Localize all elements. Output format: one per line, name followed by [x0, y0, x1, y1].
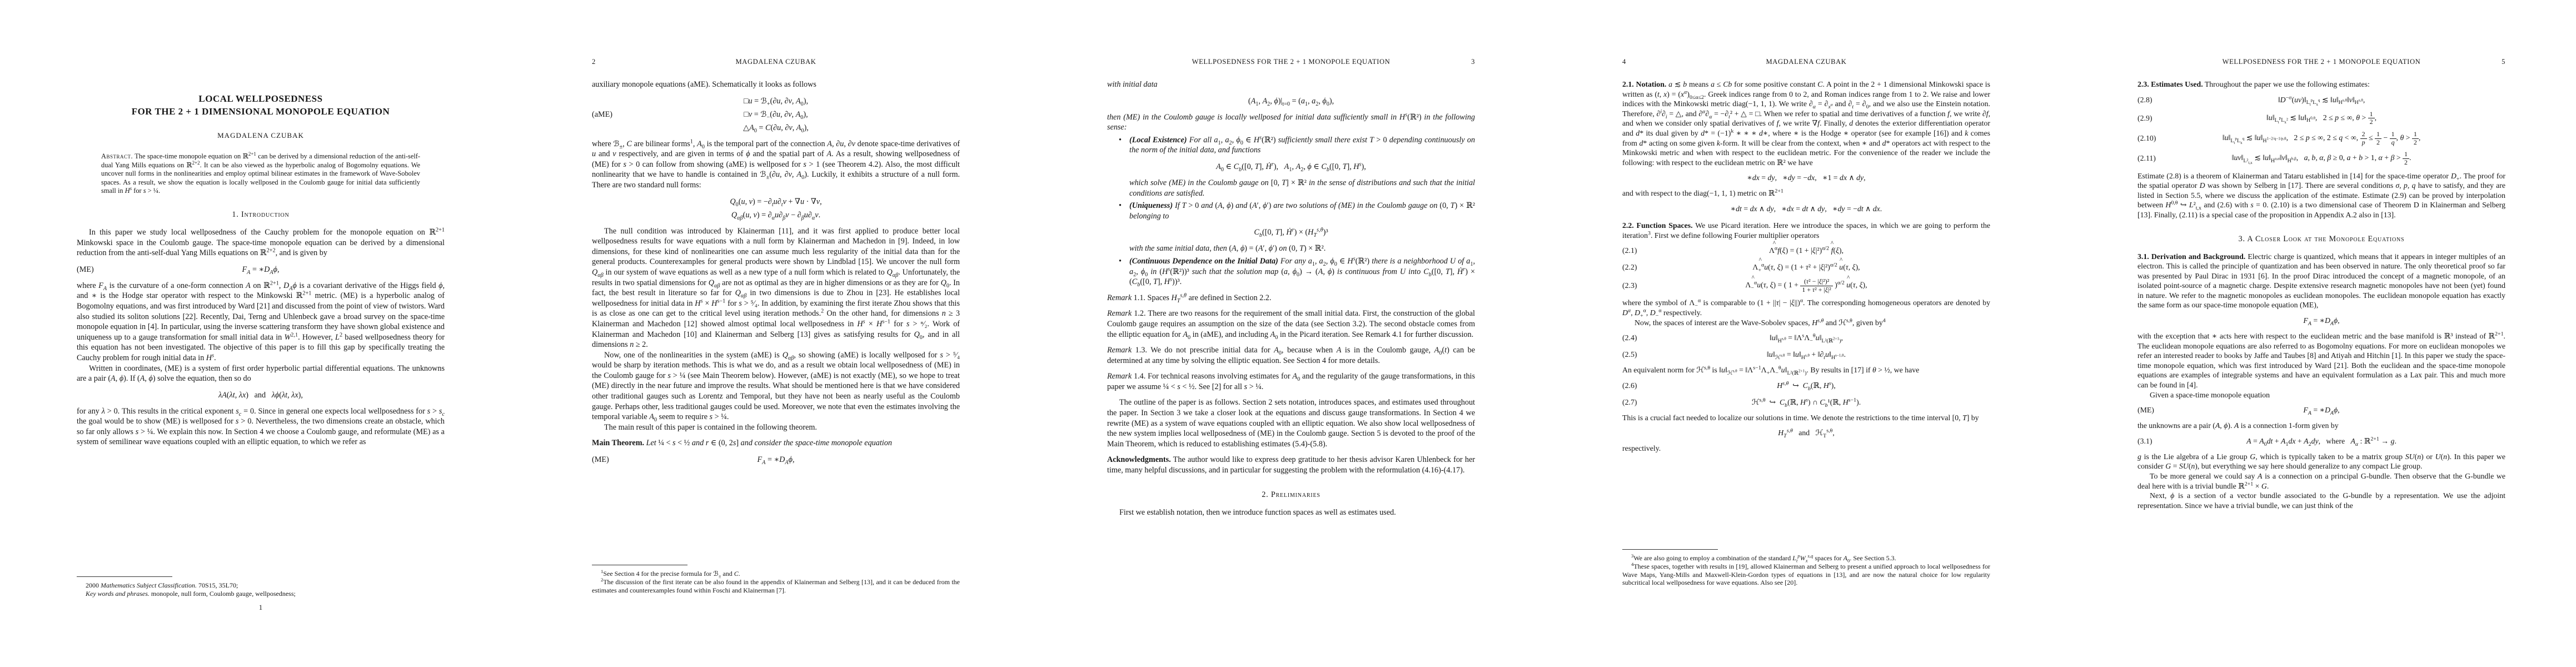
- paragraph: the unknowns are a pair (A, ϕ). A is a c…: [2137, 421, 2505, 431]
- remark-1-2: Remark 1.2. There are two reasons for th…: [1107, 308, 1475, 340]
- equation-2-10: (2.10) ‖u‖LtpLxq ≲ ‖u‖H1−2/q−1/p,θ, 2 ≤ …: [2137, 131, 2505, 146]
- equation-body: ‖uv‖L²t,x ≲ ‖u‖Ha,α‖v‖Hb,β, a, b, α, β ≥…: [2232, 153, 2411, 162]
- equation-tag: (2.3): [1622, 280, 1637, 292]
- main-theorem: Main Theorem. Let ¼ < s < ½ and r ∈ (0, …: [592, 438, 960, 449]
- equation-tag: (ME): [592, 453, 609, 466]
- equation-body: λA(λt, λx) and λϕ(λt, λx),: [218, 391, 303, 400]
- equation-me: (ME) FA = ∗DAϕ,: [77, 263, 445, 276]
- paragraph: Now, the spaces of interest are the Wave…: [1622, 318, 1990, 328]
- equation-body: A = A0dt + A1dx + A2dy, where Aα : ℝ2+1 …: [2246, 437, 2396, 445]
- footnote-rule: [77, 576, 172, 577]
- equation-function-spaces: A0 ∈ Cb([0, T], Ḣr), A1, A2, ϕ ∈ Cb([0, …: [1107, 160, 1475, 173]
- equation-euclidean-hodge: ∗dx = dy, ∗dy = −dx, ∗1 = dx ∧ dy,: [1622, 172, 1990, 184]
- equation-body: ‖D−σ(uv)‖LtpLxq ≲ ‖u‖Hs,θ‖v‖Hs,θ,: [2278, 96, 2365, 104]
- equation-line: Q0(u, v) = −∂tu∂tv + ∇u · ∇v,: [592, 195, 960, 208]
- equation-2-3: (2.3) Λ−αu(τ, ξ) = ( 1 + (τ² − |ξ|²)²1 +…: [1622, 278, 1990, 293]
- equation-2-1: (2.1) Λαf(ξ) = (1 + |ξ|²)α/2 f(ξ),: [1622, 245, 1990, 257]
- paragraph-function-spaces: 2.2. Function Spaces. We use Picard iter…: [1622, 221, 1990, 240]
- footnote-3: 3We are also going to employ a combinati…: [1622, 554, 1990, 563]
- equation-line: Qαβ(u, v) = ∂αu∂βv − ∂βu∂αv.: [592, 208, 960, 222]
- section-heading-preliminaries: 2. Preliminaries: [1107, 490, 1475, 500]
- running-page-number: 3: [1471, 58, 1475, 66]
- running-head: WELLPOSEDNESS FOR THE 2 + 1 MONOPOLE EQU…: [2137, 58, 2505, 66]
- remark-1-1: Remark 1.1. Spaces HTs,θ are defined in …: [1107, 293, 1475, 303]
- paper-title-line2: FOR THE 2 + 1 DIMENSIONAL MONOPOLE EQUAT…: [77, 105, 445, 118]
- equation-tag: (2.6): [1622, 380, 1637, 392]
- running-page-number: 5: [2502, 58, 2505, 66]
- footnote-block: 1See Section 4 for the precise formula f…: [592, 565, 960, 594]
- equation-scaling: λA(λt, λx) and λϕ(λt, λx),: [77, 389, 445, 402]
- equation-body: ‖u‖ℋs,θ = ‖u‖Hs,θ + ‖∂tu‖Hs−1,θ.: [1767, 350, 1846, 359]
- equation-line: □u = ℬ+(∂u, ∂v, A0),: [592, 94, 960, 108]
- equation-3-1: (3.1) A = A0dt + A1dx + A2dy, where Aα :…: [2137, 435, 2505, 447]
- equation-tag: (2.1): [1622, 245, 1637, 257]
- paper-spread: arXiv:0712.1393v2 [math.AP] 10 Feb 2009 …: [0, 0, 2576, 667]
- equation-tag: (aME): [592, 108, 612, 121]
- footnote-2: 2The discussion of the first iterate can…: [592, 578, 960, 595]
- paragraph: First we establish notation, then we int…: [1107, 507, 1475, 518]
- equation-2-8: (2.8) ‖D−σ(uv)‖LtpLxq ≲ ‖u‖Hs,θ‖v‖Hs,θ,: [2137, 94, 2505, 106]
- paragraph: for any λ > 0. This results in the criti…: [77, 406, 445, 447]
- footnote-4: 4These spaces, together with results in …: [1622, 563, 1990, 587]
- equation-body: ∗dx = dy, ∗dy = −dx, ∗1 = dx ∧ dy,: [1747, 173, 1865, 182]
- equation-tag: (2.8): [2137, 94, 2152, 106]
- equation-uniqueness-space: Cb([0, T], Ḣr) × (HTs,θ)³: [1107, 226, 1475, 239]
- running-head: 2 MAGDALENA CZUBAK: [592, 58, 960, 66]
- paragraph: Written in coordinates, (ME) is a system…: [77, 364, 445, 384]
- page-number: 1: [77, 604, 445, 612]
- equation-body: (A1, A2, ϕ)|t=0 = (a1, a2, ϕ0),: [1248, 97, 1334, 106]
- abstract-text: The space-time monopole equation on ℝ2+1…: [101, 152, 420, 195]
- author-name: MAGDALENA CZUBAK: [77, 131, 445, 140]
- equation-body: ‖u‖LtpLxq ≲ ‖u‖H1−2/q−1/p,θ, 2 ≤ p ≤ ∞, …: [2223, 133, 2421, 142]
- equation-body: Λ+αu(τ, ξ) = (1 + τ² + |ξ|²)α/2 u(τ, ξ),: [1752, 263, 1860, 271]
- equation-2-5: (2.5) ‖u‖ℋs,θ = ‖u‖Hs,θ + ‖∂tu‖Hs−1,θ.: [1622, 349, 1990, 361]
- equation-body: Hs,θ ↪ Cb(ℝ, Hs),: [1777, 381, 1836, 390]
- paragraph: where FA is the curvature of a one-form …: [77, 281, 445, 364]
- paragraph: then (ME) in the Coulomb gauge is locall…: [1107, 112, 1475, 133]
- section-heading-introduction: 1. Introduction: [77, 210, 445, 220]
- paragraph-notation: 2.1. Notation. a ≲ b means a ≤ Cb for so…: [1622, 79, 1990, 167]
- paragraph: where the symbol of Λ−α is comparable to…: [1622, 298, 1990, 317]
- equation-line: □v = ℬ−(∂u, ∂v, A0),: [592, 108, 960, 121]
- equation-minkowski-hodge: ∗dt = dx ∧ dy, ∗dx = dt ∧ dy, ∗dy = −dt …: [1622, 203, 1990, 215]
- equation-body: ∗dt = dx ∧ dy, ∗dx = dt ∧ dy, ∗dy = −dt …: [1731, 205, 1882, 213]
- equation-tag: (2.10): [2137, 132, 2156, 145]
- remark-1-4: Remark 1.4. For technical reasons involv…: [1107, 371, 1475, 392]
- equation-tag: (ME): [2137, 404, 2154, 416]
- footnote-rule: [1622, 549, 1718, 550]
- equation-body: FA = ∗DAϕ,: [2303, 406, 2339, 414]
- equation-tag: (2.9): [2137, 112, 2152, 125]
- running-page-number: 4: [1622, 58, 1626, 66]
- paragraph: Estimate (2.8) is a theorem of Klainerma…: [2137, 171, 2505, 220]
- equation-restricted-spaces: HTs,θ and ℋTs,θ,: [1622, 427, 1990, 439]
- page-3: WELLPOSEDNESS FOR THE 2 + 1 MONOPOLE EQU…: [1030, 0, 1546, 667]
- running-head: 4 MAGDALENA CZUBAK: [1622, 58, 1990, 66]
- equation-body: FA = ∗DAϕ,: [242, 265, 279, 274]
- running-page-number: 2: [592, 58, 596, 66]
- equation-me: (ME) FA = ∗DAϕ,: [2137, 404, 2505, 416]
- paragraph: auxiliary monopole equations (aME). Sche…: [592, 79, 960, 90]
- theorem-bullet-continuation: which solve (ME) in the Coulomb gauge on…: [1107, 178, 1475, 198]
- paragraph: An equivalent norm for ℋs,θ is ‖u‖ℋs,θ =…: [1622, 365, 1990, 375]
- paragraph: In this paper we study local wellposedne…: [77, 227, 445, 258]
- equation-me: (ME) FA = ∗DAϕ,: [592, 453, 960, 466]
- theorem-bullet-continuous-dependence: (Continuous Dependence on the Initial Da…: [1107, 256, 1475, 287]
- footnote-1: 1See Section 4 for the precise formula f…: [592, 570, 960, 578]
- equation-body: HTs,θ and ℋTs,θ,: [1778, 429, 1835, 437]
- abstract-label: Abstract.: [101, 152, 133, 160]
- equation-body: ‖u‖LtpLx² ≲ ‖u‖H0,θ, 2 ≤ p ≤ ∞, θ > 12,: [2266, 113, 2376, 122]
- equation-body: ℋs,θ ↪ Cb(ℝ, Hs) ∩ Cb¹(ℝ, Hs−1).: [1752, 398, 1861, 406]
- theorem-bullet-continuation: with the same initial data, then (A, ϕ) …: [1107, 243, 1475, 254]
- equation-2-2: (2.2) Λ+αu(τ, ξ) = (1 + τ² + |ξ|²)α/2 u(…: [1622, 261, 1990, 273]
- paragraph: The null condition was introduced by Kla…: [592, 226, 960, 350]
- paragraph-estimates-used: 2.3. Estimates Used. Throughout the pape…: [2137, 79, 2505, 89]
- paragraph: Next, ϕ is a section of a vector bundle …: [2137, 491, 2505, 510]
- equation-tag: (2.11): [2137, 152, 2156, 165]
- section-heading-closer-look: 3. A Closer Look at the Monopole Equatio…: [2137, 235, 2505, 244]
- equation-2-6: (2.6) Hs,θ ↪ Cb(ℝ, Hs),: [1622, 380, 1990, 392]
- equation-tag: (2.5): [1622, 349, 1637, 361]
- running-head-title: WELLPOSEDNESS FOR THE 2 + 1 MONOPOLE EQU…: [1192, 58, 1391, 66]
- paragraph: respectively.: [1622, 444, 1990, 454]
- theorem-bullet-local-existence: (Local Existence) For all a1, a2, ϕ0 ∈ H…: [1107, 135, 1475, 156]
- paragraph: and with respect to the diag(−1, 1, 1) m…: [1622, 188, 1990, 198]
- paragraph: Now, one of the nonlinearities in the sy…: [592, 350, 960, 422]
- acknowledgments: Acknowledgments. The author would like t…: [1107, 455, 1475, 475]
- running-head: WELLPOSEDNESS FOR THE 2 + 1 MONOPOLE EQU…: [1107, 58, 1475, 66]
- paper-title-line1: LOCAL WELLPOSEDNESS: [77, 92, 445, 105]
- remark-1-3: Remark 1.3. We do not prescribe initial …: [1107, 345, 1475, 366]
- equation-ame: (aME) □u = ℬ+(∂u, ∂v, A0), □v = ℬ−(∂u, ∂…: [592, 94, 960, 135]
- equation-body: A0 ∈ Cb([0, T], Ḣr), A1, A2, ϕ ∈ Cb([0, …: [1216, 162, 1366, 171]
- paragraph: This is a crucial fact needed to localiz…: [1622, 413, 1990, 423]
- paragraph: with the exception that ∗ acts here with…: [2137, 331, 2505, 390]
- equation-body: Cb([0, T], Ḣr) × (HTs,θ)³: [1254, 228, 1328, 237]
- equation-tag: (2.4): [1622, 332, 1637, 344]
- footnote-block: 3We are also going to employ a combinati…: [1622, 549, 1990, 587]
- page-5: WELLPOSEDNESS FOR THE 2 + 1 MONOPOLE EQU…: [2061, 0, 2576, 667]
- paragraph: g is the Lie algebra of a Lie group G, w…: [2137, 452, 2505, 471]
- paragraph-derivation-background: 3.1. Derivation and Background. Electric…: [2137, 252, 2505, 311]
- footnote-rule: [592, 565, 687, 565]
- paragraph: Given a space-time monopole equation: [2137, 390, 2505, 400]
- equation-body: FA = ∗DAϕ,: [757, 455, 794, 464]
- equation-tag: (2.7): [1622, 396, 1637, 409]
- footnote-block: 2000 Mathematics Subject Classification.…: [77, 576, 445, 611]
- equation-fa: FA = ∗DAϕ,: [2137, 315, 2505, 327]
- page-1: LOCAL WELLPOSEDNESS FOR THE 2 + 1 DIMENS…: [0, 0, 515, 667]
- equation-line: △A0 = C(∂u, ∂v, A0),: [592, 121, 960, 135]
- paragraph: To be more general we could say A is a c…: [2137, 471, 2505, 491]
- abstract: Abstract. The space-time monopole equati…: [101, 152, 420, 196]
- equation-null-forms: Q0(u, v) = −∂tu∂tv + ∇u · ∇v, Qαβ(u, v) …: [592, 195, 960, 222]
- equation-body: FA = ∗DAϕ,: [2303, 316, 2339, 325]
- running-head-title: MAGDALENA CZUBAK: [1766, 58, 1847, 66]
- paragraph-outline: The outline of the paper is as follows. …: [1107, 397, 1475, 449]
- equation-body: Λ−αu(τ, ξ) = ( 1 + (τ² − |ξ|²)²1 + τ² + …: [1745, 281, 1867, 289]
- paragraph: with initial data: [1107, 79, 1475, 90]
- equation-tag: (3.1): [2137, 435, 2152, 447]
- running-head-title: WELLPOSEDNESS FOR THE 2 + 1 MONOPOLE EQU…: [2223, 58, 2421, 66]
- page-4: 4 MAGDALENA CZUBAK 2.1. Notation. a ≲ b …: [1546, 0, 2061, 667]
- equation-initial-data: (A1, A2, ϕ)|t=0 = (a1, a2, ϕ0),: [1107, 94, 1475, 108]
- equation-2-9: (2.9) ‖u‖LtpLx² ≲ ‖u‖H0,θ, 2 ≤ p ≤ ∞, θ …: [2137, 111, 2505, 126]
- page-2: 2 MAGDALENA CZUBAK auxiliary monopole eq…: [515, 0, 1030, 667]
- equation-body: Λαf(ξ) = (1 + |ξ|²)α/2 f(ξ),: [1769, 246, 1843, 255]
- running-head-title: MAGDALENA CZUBAK: [736, 58, 816, 66]
- equation-2-11: (2.11) ‖uv‖L²t,x ≲ ‖u‖Ha,α‖v‖Hb,β, a, b,…: [2137, 151, 2505, 166]
- footnote-msc: 2000 Mathematics Subject Classification.…: [77, 581, 445, 590]
- equation-body: ‖u‖Hs,θ = ‖ΛsΛ−θu‖L²(ℝ2+1),: [1770, 333, 1843, 342]
- equation-tag: (ME): [77, 263, 94, 276]
- theorem-bullet-uniqueness: (Uniqueness) If T > 0 and (A, ϕ) and (A′…: [1107, 201, 1475, 221]
- equation-tag: (2.2): [1622, 261, 1637, 273]
- footnote-keywords: Key words and phrases. monopole, null fo…: [77, 590, 445, 598]
- equation-2-4: (2.4) ‖u‖Hs,θ = ‖ΛsΛ−θu‖L²(ℝ2+1),: [1622, 332, 1990, 344]
- paragraph: The main result of this paper is contain…: [592, 422, 960, 433]
- equation-2-7: (2.7) ℋs,θ ↪ Cb(ℝ, Hs) ∩ Cb¹(ℝ, Hs−1).: [1622, 396, 1990, 409]
- paragraph: where ℬ±, C are bilinear forms1, A0 is t…: [592, 139, 960, 191]
